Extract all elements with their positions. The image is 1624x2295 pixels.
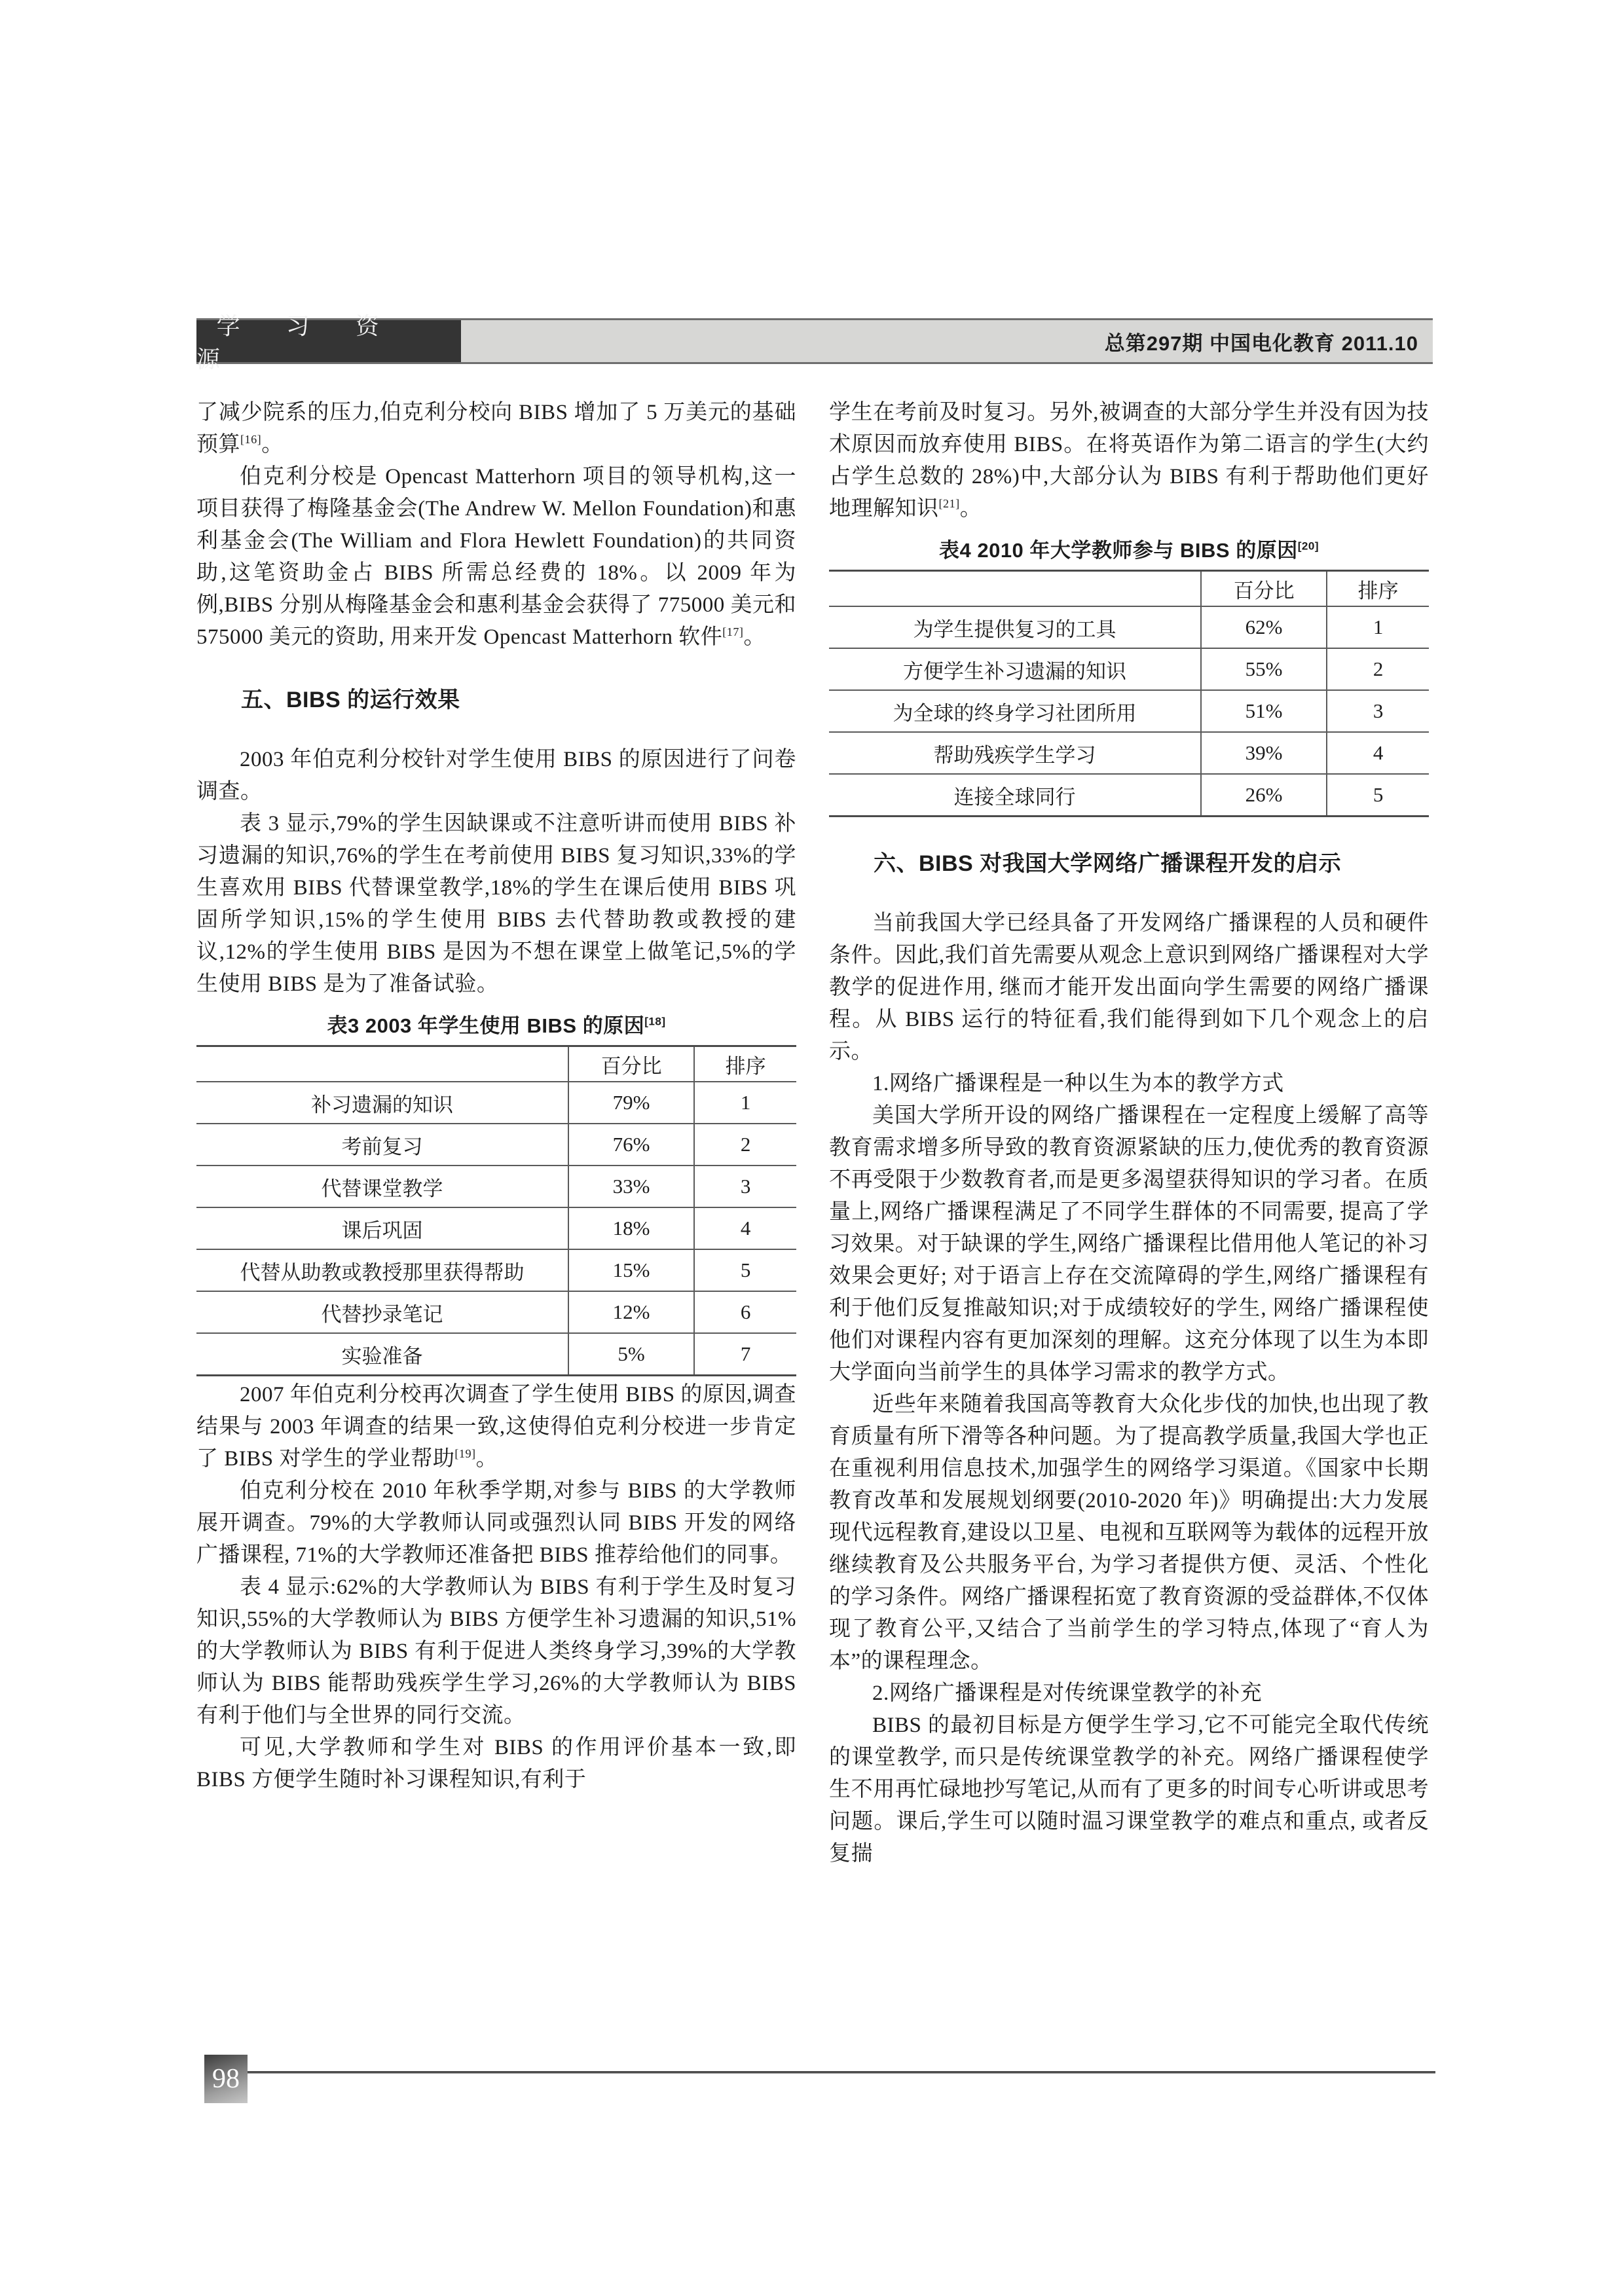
right-column: 学生在考前及时复习。另外,被调查的大部分学生并没有因为技术原因而放弃使用 BIB… [829, 397, 1429, 1870]
column-header-rank: 排序 [694, 1046, 796, 1082]
section-label: 学 习 资 源 [196, 308, 461, 375]
footer-rule [248, 2071, 1435, 2074]
paragraph: 了减少院系的压力,伯克利分校向 BIBS 增加了 5 万美元的基础预算[16]。 [196, 397, 796, 461]
paragraph: 当前我国大学已经具备了开发网络广播课程的人员和硬件条件。因此,我们首先需要从观念… [829, 908, 1429, 1068]
left-column: 了减少院系的压力,伯克利分校向 BIBS 增加了 5 万美元的基础预算[16]。… [196, 397, 796, 1796]
footnote-ref: [19] [454, 1447, 475, 1460]
table-row: 为学生提供复习的工具62%1 [829, 606, 1429, 648]
section-heading-6: 六、BIBS 对我国大学网络广播课程开发的启示 [829, 847, 1429, 880]
table-row: 方便学生补习遗漏的知识55%2 [829, 648, 1429, 690]
section-label-box: 学 习 资 源 [196, 320, 461, 362]
paragraph: 表 4 显示:62%的大学教师认为 BIBS 有利于学生及时复习知识,55%的大… [196, 1571, 796, 1732]
table-row: 考前复习76%2 [196, 1124, 796, 1166]
table-row: 帮助残疾学生学习39%4 [829, 732, 1429, 774]
table3-caption: 表3 2003 年学生使用 BIBS 的原因[18] [196, 1011, 796, 1041]
page-number: 98 [212, 2063, 240, 2095]
issue-info: 总第297期 中国电化教育 2011.10 [1105, 327, 1418, 356]
table-row: 为全球的终身学习社团所用51%3 [829, 690, 1429, 732]
subsection-heading-1: 1.网络广播课程是一种以生为本的教学方式 [829, 1068, 1429, 1100]
table-row: 补习遗漏的知识79%1 [196, 1082, 796, 1124]
page-number-badge: 98 [204, 2055, 248, 2103]
paragraph: 美国大学所开设的网络广播课程在一定程度上缓解了高等教育需求增多所导致的教育资源紧… [829, 1100, 1429, 1389]
column-header-rank: 排序 [1327, 571, 1429, 607]
subsection-heading-2: 2.网络广播课程是对传统课堂教学的补充 [829, 1678, 1429, 1710]
paragraph: 伯克利分校是 Opencast Matterhorn 项目的领导机构,这一项目获… [196, 461, 796, 653]
table-row: 连接全球同行26%5 [829, 774, 1429, 817]
paragraph: 近些年来随着我国高等教育大众化步伐的加快,也出现了教育质量有所下滑等各种问题。为… [829, 1389, 1429, 1678]
table-row: 课后巩固18%4 [196, 1207, 796, 1249]
paragraph: 可见,大学教师和学生对 BIBS 的作用评价基本一致,即 BIBS 方便学生随时… [196, 1732, 796, 1796]
column-header-percent: 百分比 [1201, 571, 1327, 607]
footnote-ref: [17] [722, 625, 743, 638]
paragraph: BIBS 的最初目标是方便学生学习,它不可能完全取代传统的课堂教学, 而只是传统… [829, 1710, 1429, 1870]
table-3: 百分比 排序 补习遗漏的知识79%1 考前复习76%2 代替课堂教学33%3 课… [196, 1045, 796, 1376]
footnote-ref: [16] [240, 433, 261, 446]
table-header-row: 百分比 排序 [829, 571, 1429, 607]
column-header-percent: 百分比 [568, 1046, 694, 1082]
page-header: 学 习 资 源 总第297期 中国电化教育 2011.10 [196, 318, 1433, 364]
table-row: 代替课堂教学33%3 [196, 1166, 796, 1207]
paragraph: 2003 年伯克利分校针对学生使用 BIBS 的原因进行了问卷调查。 [196, 744, 796, 808]
paragraph: 学生在考前及时复习。另外,被调查的大部分学生并没有因为技术原因而放弃使用 BIB… [829, 397, 1429, 525]
section-heading-5: 五、BIBS 的运行效果 [196, 684, 796, 716]
paragraph: 表 3 显示,79%的学生因缺课或不注意听讲而使用 BIBS 补习遗漏的知识,7… [196, 808, 796, 1001]
footnote-ref: [20] [1298, 540, 1319, 553]
table-row: 实验准备5%7 [196, 1333, 796, 1376]
paragraph: 2007 年伯克利分校再次调查了学生使用 BIBS 的原因,调查结果与 2003… [196, 1379, 796, 1475]
header-strip: 总第297期 中国电化教育 2011.10 [461, 320, 1433, 362]
paragraph: 伯克利分校在 2010 年秋季学期,对参与 BIBS 的大学教师展开调查。79%… [196, 1475, 796, 1571]
table-row: 代替从助教或教授那里获得帮助15%5 [196, 1249, 796, 1291]
table-row: 代替抄录笔记12%6 [196, 1291, 796, 1333]
footnote-ref: [21] [939, 497, 960, 510]
table-header-row: 百分比 排序 [196, 1046, 796, 1082]
footnote-ref: [18] [644, 1016, 665, 1028]
table4-caption: 表4 2010 年大学教师参与 BIBS 的原因[20] [829, 536, 1429, 566]
table-4: 百分比 排序 为学生提供复习的工具62%1 方便学生补习遗漏的知识55%2 为全… [829, 570, 1429, 817]
